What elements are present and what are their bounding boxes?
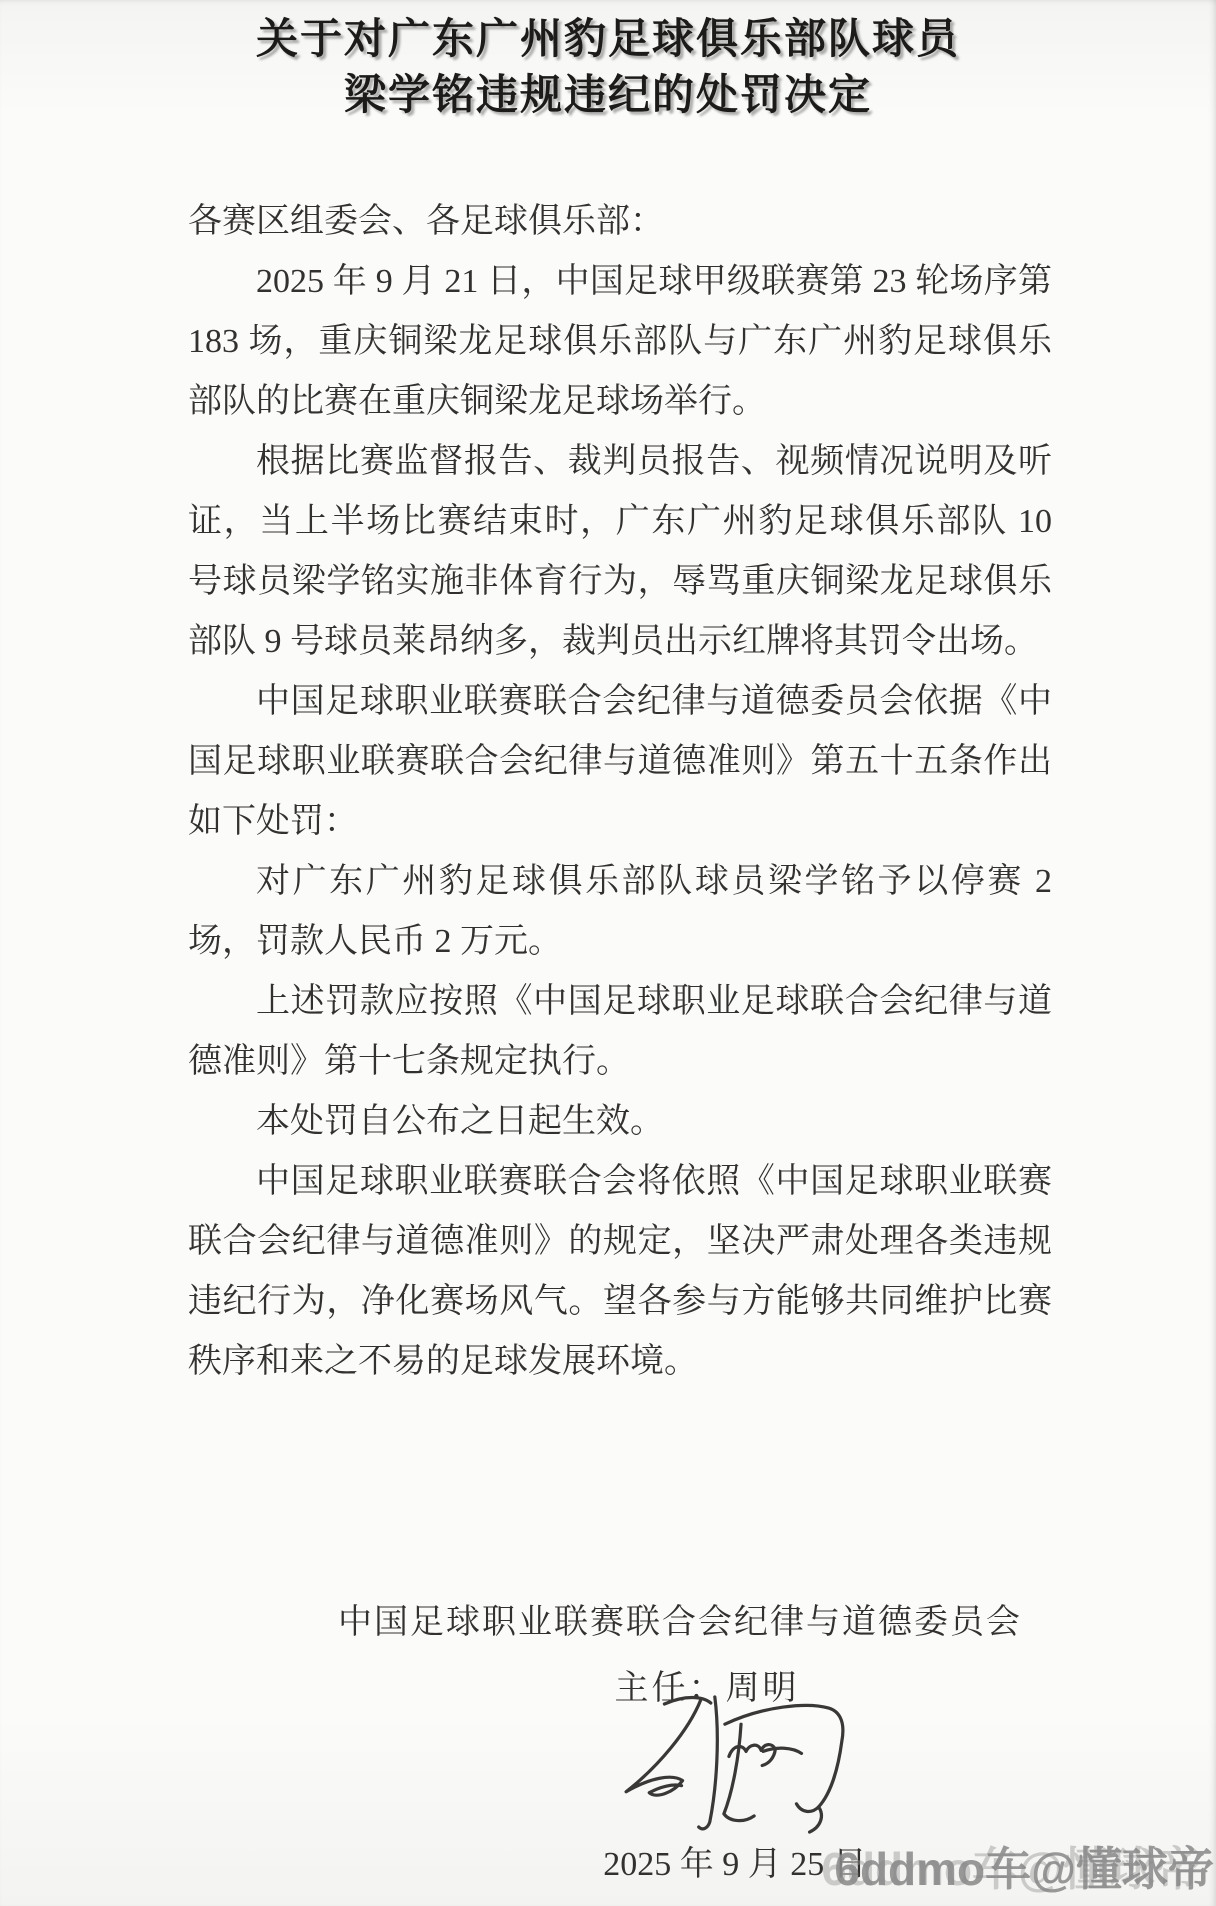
paragraph-closing: 中国足球职业联赛联合会将依照《中国足球职业联赛联合会纪律与道德准则》的规定，坚决… bbox=[188, 1152, 1052, 1392]
paragraph-penalty: 对广东广州豹足球俱乐部队球员梁学铭予以停赛 2 场，罚款人民币 2 万元。 bbox=[188, 852, 1052, 972]
paragraph-basis: 中国足球职业联赛联合会纪律与道德委员会依据《中国足球职业联赛联合会纪律与道德准则… bbox=[188, 672, 1052, 852]
paragraph-incident: 根据比赛监督报告、裁判员报告、视频情况说明及听证，当上半场比赛结束时，广东广州豹… bbox=[188, 432, 1052, 672]
watermark-text: 6ddmo车@懂球帝 bbox=[834, 1844, 1214, 1894]
title-line-2: 梁学铭违规违纪的处罚决定 bbox=[0, 68, 1216, 124]
paragraph-match-info: 2025 年 9 月 21 日，中国足球甲级联赛第 23 轮场序第 183 场，… bbox=[188, 252, 1052, 432]
handwritten-signature bbox=[612, 1692, 864, 1837]
paragraph-effective-date: 本处罚自公布之日起生效。 bbox=[188, 1092, 1052, 1152]
document-title: 关于对广东广州豹足球俱乐部队球员 梁学铭违规违纪的处罚决定 bbox=[0, 12, 1216, 124]
title-line-1: 关于对广东广州豹足球俱乐部队球员 bbox=[0, 12, 1216, 68]
scanned-document-page: 关于对广东广州豹足球俱乐部队球员 梁学铭违规违纪的处罚决定 各赛区组委会、各足球… bbox=[0, 0, 1216, 1906]
document-body: 各赛区组委会、各足球俱乐部： 2025 年 9 月 21 日，中国足球甲级联赛第… bbox=[188, 192, 1052, 1392]
document-date: 2025 年 9 月 25 日 bbox=[603, 1842, 867, 1888]
salutation-line: 各赛区组委会、各足球俱乐部： bbox=[188, 192, 1052, 252]
paragraph-fine-execution: 上述罚款应按照《中国足球职业足球联合会纪律与道德准则》第十七条规定执行。 bbox=[188, 972, 1052, 1092]
issuer-organization: 中国足球职业联赛联合会纪律与道德委员会 bbox=[338, 1600, 1022, 1646]
